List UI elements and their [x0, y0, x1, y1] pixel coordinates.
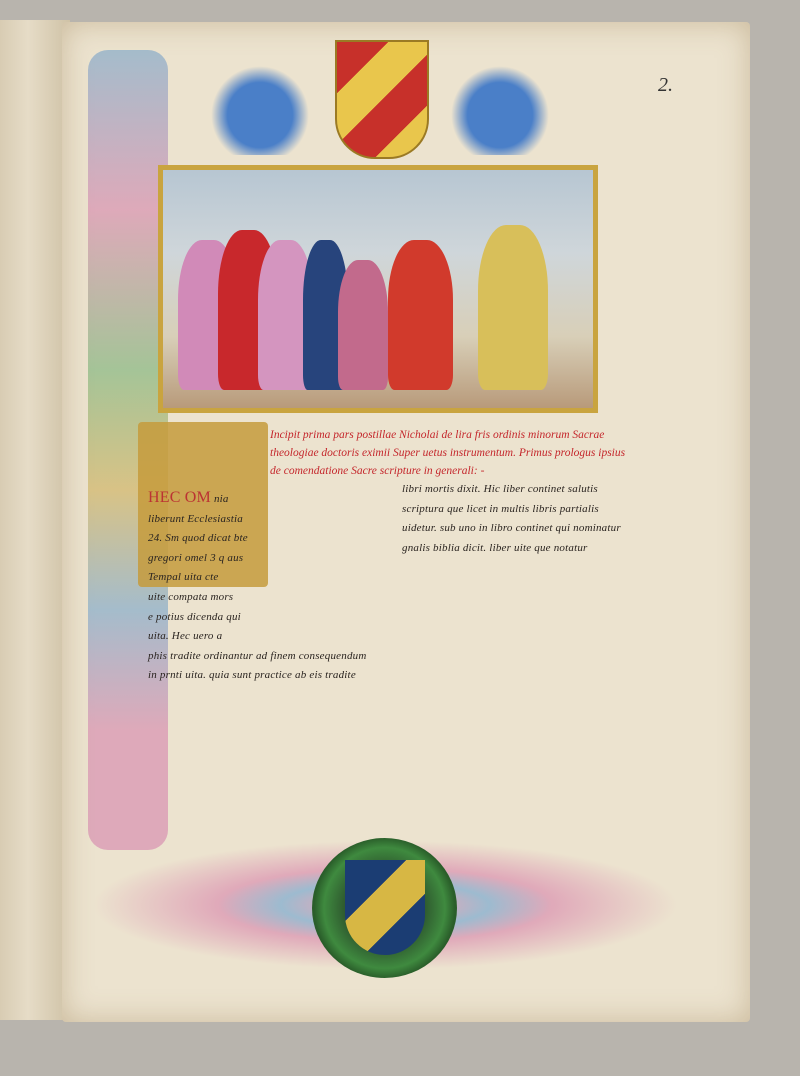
column-heading: HEC OM	[148, 489, 211, 506]
owner-coat-of-arms	[345, 860, 425, 955]
text-column-left: HEC OM nia liberunt Ecclesiastia 24. Sm …	[148, 488, 368, 686]
rubric-heading: Incipit prima pars postillae Nicholai de…	[270, 426, 630, 480]
book-page-edges	[0, 20, 70, 1020]
pope-figure	[478, 225, 548, 390]
angel-left-illustration	[205, 55, 315, 155]
miniature-painting	[158, 165, 598, 413]
angel-right-illustration	[445, 55, 555, 155]
text-column-right: libri mortis dixit. Hic liber continet s…	[402, 480, 632, 558]
kneeling-figure	[338, 260, 388, 390]
royal-coat-of-arms	[335, 40, 429, 159]
cardinal-figure	[388, 240, 453, 390]
page-number: 2.	[658, 74, 673, 97]
